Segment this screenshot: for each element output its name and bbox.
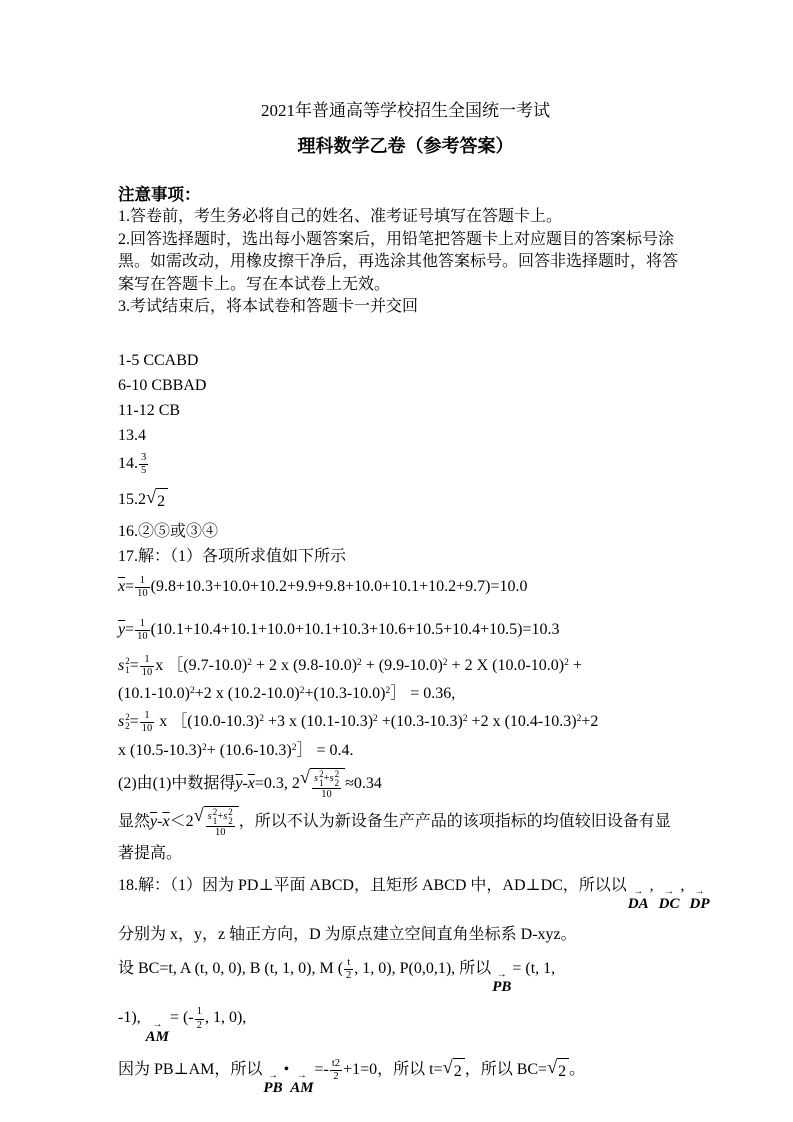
q17-s2-a: s22=110 x ［(10.0-10.3)2 +3 x (10.1-10.3)… (118, 710, 693, 735)
fraction-numerator: s21+s22 (312, 770, 341, 789)
radicand: 2 (453, 1058, 465, 1083)
text-run: 2 (333, 1071, 338, 1082)
fraction-numerator: t (344, 957, 353, 970)
fraction-denominator: 10 (312, 789, 341, 801)
vector-name: PB (492, 979, 511, 995)
q17-ybar: y=110(10.1+10.4+10.1+10.0+10.1+10.3+10.6… (118, 618, 693, 643)
text-run: = (125, 578, 134, 595)
text-run: + 2 X (10.0-10.0) (448, 657, 565, 674)
vector-notation: →DA (628, 888, 649, 912)
variable-base: s (223, 811, 227, 823)
text-run: = (- (170, 1010, 194, 1027)
fraction-denominator: 10 (140, 667, 155, 679)
text-run: 2 (197, 1020, 202, 1031)
vector-arrow-icon: → (152, 1021, 162, 1029)
q17-xbar: x=110(9.8+10.3+10.0+10.2+9.9+9.8+10.0+10… (118, 575, 693, 600)
notice-line-3: 黑。如需改动，用橡皮擦干净后，再选涂其他答案标号。回答非选择题时，将答 (118, 251, 693, 274)
text-run: 10 (137, 588, 148, 599)
text-run: 14. (118, 455, 138, 472)
subsup-stack: 22 (228, 808, 233, 826)
text-run: 10 (215, 827, 226, 838)
radicand: s21+s2210 (310, 768, 345, 801)
notice-line-2: 2.回答选择题时，选出每小题答案后，用铅笔把答题卡上对应题目的答案标号涂 (118, 229, 693, 252)
text-run: 10 (142, 723, 153, 734)
text-run: = (125, 621, 134, 638)
text-run: 1 (197, 1006, 202, 1017)
fraction-numerator: 1 (135, 618, 150, 631)
document-page: 2021年普通高等学校招生全国统一考试 理科数学乙卷（参考答案） 注意事项： 1… (0, 0, 793, 1122)
text-run: (9.8+10.3+10.0+10.2+9.9+9.8+10.0+10.1+10… (151, 578, 528, 595)
vector-name: DA (628, 896, 649, 912)
solutions-body: 1-5 CCABD6-10 CBBAD11-12 CB13.414.3515.2… (118, 349, 693, 1096)
text-run: -1), (118, 1010, 145, 1027)
text-run: 设 BC=t, A (t, 0, 0), B (t, 1, 0), M ( (118, 960, 343, 977)
text-run: +2 x (10.4-10.3) (468, 713, 577, 730)
ans-1-5: 1-5 CCABD (118, 349, 693, 372)
vector-arrow-icon: → (497, 971, 507, 979)
ans-11-12: 11-12 CB (118, 399, 693, 422)
fraction-numerator: t2 (330, 1058, 342, 1071)
q17-conclusion-b: 著提高。 (118, 842, 693, 865)
fraction: 110 (134, 618, 151, 643)
text-run: 1 (144, 710, 149, 721)
vector-arrow-icon: → (664, 888, 674, 896)
vector-name: AM (290, 1080, 313, 1096)
square-root: √s21+s2210 (194, 806, 239, 839)
text-run: +1=0，所以 t= (343, 1061, 443, 1078)
text-run: 13.4 (118, 427, 146, 444)
text-run: 1 (144, 654, 149, 665)
notice-line-4: 案写在答题卡上。写在本试卷上无效。 (118, 274, 693, 297)
text-run: (10.1-10.0) (118, 685, 190, 702)
ans-14: 14.35 (118, 452, 693, 477)
text-run: +3 x (10.1-10.3) (264, 713, 373, 730)
vector-notation: →AM (146, 1021, 169, 1045)
q17-s1-a: s21=110x ［(9.7-10.0)2 + 2 x (9.8-10.0)2 … (118, 654, 693, 679)
q17-conclusion-a: 显然y-x＜2√s21+s2210，所以不认为新设备生产产品的该项指标的均值较旧… (118, 806, 693, 839)
radical-icon: √ (146, 488, 156, 507)
ans-16: 16.②⑤或③④ (118, 520, 693, 543)
q18-coords-a: 设 BC=t, A (t, 0, 0), B (t, 1, 0), M (t2,… (118, 957, 693, 995)
fraction: t2 (343, 957, 354, 982)
fraction-numerator: 3 (139, 452, 148, 465)
fraction-denominator: 10 (135, 588, 150, 600)
radical-icon: √ (194, 806, 204, 825)
subsup-variable: s22 (118, 710, 130, 733)
vector-notation: →AM (290, 1072, 313, 1096)
text-run: • (284, 1061, 290, 1078)
fraction-denominator: 5 (139, 465, 148, 477)
text-run: t2 (332, 1058, 340, 1069)
text-run: , 1, 0), P(0,0,1), 所以 (354, 960, 491, 977)
text-run: (10.1+10.4+10.1+10.0+10.1+10.3+10.6+10.5… (151, 621, 560, 638)
fraction: 12 (194, 1006, 205, 1031)
vector-notation: →PB (263, 1072, 282, 1096)
text-run: 17.解：（1）各项所求值如下所示 (118, 548, 346, 565)
text-run: ≈0.34 (345, 775, 382, 792)
text-run: + (569, 657, 582, 674)
text-run: 1 (140, 575, 145, 586)
text-run: 著提高。 (118, 845, 182, 862)
text-run: = (130, 713, 139, 730)
fraction-denominator: 10 (140, 723, 155, 735)
fraction: t22 (329, 1058, 343, 1083)
subsup-variable: s21 (118, 654, 130, 677)
text-run: ，所以不认为新设备生产产品的该项指标的均值较旧设备有显 (239, 813, 671, 830)
vector-notation: →PB (492, 971, 511, 995)
text-run: 因为 PB⊥AM，所以 (118, 1061, 262, 1078)
q17-part2: (2)由(1)中数据得y-x=0.3, 2√s21+s2210≈0.34 (118, 768, 693, 801)
ans-15: 15.2√2 (118, 488, 693, 513)
text-run: 2 (157, 493, 165, 510)
vector-name: PB (263, 1080, 282, 1096)
variable-base: s (118, 710, 124, 733)
text-run: x (10.5-10.3) (118, 742, 202, 759)
text-run: 15.2 (118, 491, 146, 508)
fraction: 110 (139, 654, 156, 679)
text-run: , (650, 877, 658, 894)
text-run: 3 (141, 452, 146, 463)
text-run: +2 x (10.2-10.0) (195, 685, 300, 702)
text-run: ，所以 BC= (465, 1061, 547, 1078)
fraction-numerator: s21+s22 (206, 808, 235, 827)
q17-intro: 17.解：（1）各项所求值如下所示 (118, 545, 693, 568)
fraction: s21+s2210 (311, 770, 342, 801)
fraction-numerator: 1 (140, 710, 155, 723)
vector-notation: →DC (659, 888, 680, 912)
overbar-variable: x (162, 813, 169, 830)
vector-arrow-icon: → (633, 888, 643, 896)
q18-final: 因为 PB⊥AM，所以→PB•→AM=-t22+1=0，所以 t=√2，所以 B… (118, 1058, 693, 1096)
ans-13: 13.4 (118, 424, 693, 447)
text-run: =0.3, 2 (255, 775, 300, 792)
document-title: 2021年普通高等学校招生全国统一考试 (118, 100, 693, 122)
vector-name: AM (146, 1029, 169, 1045)
text-run: + (9.9-10.0) (362, 657, 443, 674)
fraction-numerator: 1 (195, 1006, 204, 1019)
fraction-numerator: 1 (135, 575, 150, 588)
vector-name: DP (689, 896, 709, 912)
document-subtitle: 理科数学乙卷（参考答案） (118, 134, 693, 158)
text-run: 5 (141, 465, 146, 476)
vector-arrow-icon: → (268, 1072, 278, 1080)
text-run: 10 (142, 667, 153, 678)
radicand: s21+s2210 (204, 806, 239, 839)
text-run: + (10.6-10.3) (207, 742, 292, 759)
fraction: 110 (139, 710, 156, 735)
text-run: 显然 (118, 813, 150, 830)
text-run: + 2 x (9.8-10.0) (252, 657, 357, 674)
q17-s1-b: (10.1-10.0)2+2 x (10.2-10.0)2+(10.3-10.0… (118, 682, 693, 705)
text-run: 。 (569, 1061, 585, 1078)
subsup-variable: s21 (208, 808, 218, 826)
radicand: 2 (156, 488, 168, 513)
overbar-variable: x (248, 775, 255, 792)
radicand: 2 (557, 1058, 569, 1083)
radical-icon: √ (300, 768, 310, 787)
text-run: 1 (140, 618, 145, 629)
square-root: √2 (547, 1058, 569, 1083)
q18-coords-b: -1), →AM= (-12, 1, 0), (118, 1006, 693, 1044)
q18-intro-b: 分别为 x，y，z 轴正方向，D 为原点建立空间直角坐标系 D-xyz。 (118, 923, 693, 946)
text-run: 2 (558, 1063, 566, 1080)
text-run: 分别为 x，y，z 轴正方向，D 为原点建立空间直角坐标系 D-xyz。 (118, 926, 577, 943)
fraction-denominator: 10 (135, 631, 150, 643)
text-run: 2 (346, 970, 351, 981)
notice-heading: 注意事项： (118, 184, 693, 206)
text-run: +(10.3-10.3) (378, 713, 463, 730)
text-run: 10 (321, 789, 332, 800)
text-run: 11-12 CB (118, 402, 180, 419)
fraction-denominator: 10 (206, 827, 235, 839)
fraction: 110 (134, 575, 151, 600)
text-run: 1-5 CCABD (118, 352, 198, 369)
subsup-variable: s21 (314, 770, 324, 788)
text-run: = (t, 1, (512, 960, 555, 977)
text-run: 16.②⑤或③④ (118, 523, 218, 540)
text-run: ＜2 (170, 813, 194, 830)
subsup-stack: 22 (335, 770, 340, 788)
fraction: 35 (138, 452, 149, 477)
radical-icon: √ (547, 1058, 557, 1077)
text-run: t (347, 957, 350, 968)
variable-base: s (314, 773, 318, 785)
variable-base: s (330, 773, 334, 785)
vector-notation: →DP (689, 888, 709, 912)
q18-intro-a: 18.解：（1）因为 PD⊥平面 ABCD，且矩形 ABCD 中，AD⊥DC，所… (118, 874, 693, 912)
text-run: x ［(10.0-10.3) (155, 713, 259, 730)
fraction: s21+s2210 (205, 808, 236, 839)
text-run: +(10.3-10.0) (305, 685, 386, 702)
fraction-numerator: 1 (140, 654, 155, 667)
text-run: , (680, 877, 688, 894)
square-root: √2 (146, 488, 168, 513)
fraction-denominator: 2 (344, 970, 353, 982)
text-run: 18.解：（1）因为 PD⊥平面 ABCD，且矩形 ABCD 中，AD⊥DC，所… (118, 877, 627, 894)
text-run: ］ = 0.4. (297, 742, 354, 759)
fraction-denominator: 2 (195, 1020, 204, 1032)
text-run: =- (315, 1061, 329, 1078)
variable-base: s (118, 654, 124, 677)
vector-arrow-icon: → (297, 1072, 307, 1080)
text-run: 10 (137, 631, 148, 642)
square-root: √2 (443, 1058, 465, 1083)
variable-base: s (208, 811, 212, 823)
fraction-denominator: 2 (330, 1071, 342, 1083)
text-run: , 1, 0), (205, 1010, 246, 1027)
vector-name: DC (659, 896, 680, 912)
text-run: ］ = 0.36, (390, 685, 455, 702)
text-run: 2 (454, 1063, 462, 1080)
text-run: +2 (581, 713, 598, 730)
text-run: = (130, 657, 139, 674)
square-root: √s21+s2210 (300, 768, 345, 801)
subscript: 2 (228, 817, 233, 826)
text-run: (2)由(1)中数据得 (118, 775, 235, 792)
ans-6-10: 6-10 CBBAD (118, 374, 693, 397)
notice-line-5: 3.考试结束后，将本试卷和答题卡一并交回 (118, 296, 693, 319)
q17-s2-b: x (10.5-10.3)2+ (10.6-10.3)2］ = 0.4. (118, 739, 693, 762)
subscript: 2 (335, 779, 340, 788)
subsup-variable: s22 (223, 808, 233, 826)
subsup-variable: s22 (330, 770, 340, 788)
text-run: x ［(9.7-10.0) (155, 657, 247, 674)
radical-icon: √ (443, 1058, 453, 1077)
vector-arrow-icon: → (694, 888, 704, 896)
notice-line-1: 1.答卷前，考生务必将自己的姓名、准考证号填写在答题卡上。 (118, 206, 693, 229)
text-run: 6-10 CBBAD (118, 377, 206, 394)
